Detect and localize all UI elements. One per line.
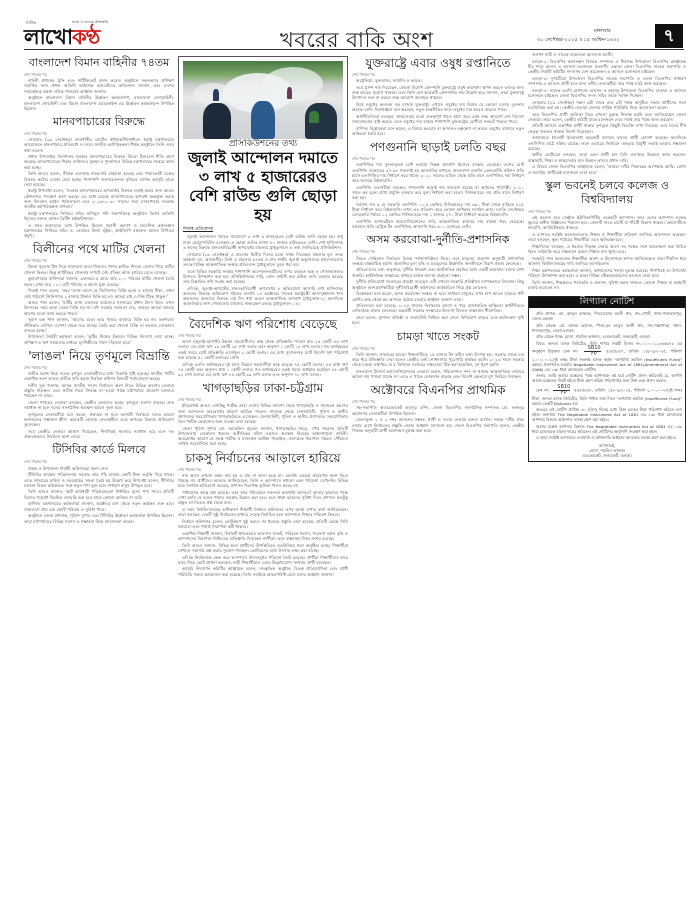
paragraph: দলীয় সূত্র জানায়, আসন্ন জাতীয় সংসদ নি… <box>24 383 174 399</box>
paragraph: সর্বশেষ গত ৫ মে সরকারি এলপিজি ১২.৫ কেজির… <box>352 202 524 218</box>
paragraph: প্রতীক বরাদ্দ নিয়ে দলের তৃণমূল নেতাকর্ম… <box>24 371 174 381</box>
paragraph: এদিকে নির্বাচনকে কেন্দ্র করে ক্যাম্পাসে … <box>178 555 348 565</box>
paragraph: উপজেলা নির্বাহী কর্মকর্তা বলেন, 'কুটির শ… <box>24 334 174 344</box>
paragraph: জেলা পুলিশ সুপার মো. আরেফিন জুয়েল জানান… <box>178 426 348 447</box>
paragraph: প্রতিবেদনের তথ্য অনুসারে, দুর্নীতি নিয়ন… <box>352 267 524 277</box>
paragraph: তবে বিএনপির প্রার্থী তালিকা নিয়ে এখনো চ… <box>528 112 686 122</box>
paragraph: তবে কেন্দ্রীয় নেতারা আশ্বাস দিয়েছেন, শ… <box>24 429 174 439</box>
continued-label: শেষ পাতার পর <box>178 397 348 402</box>
recipient-line: প্রতি প্রাপক: মো. আব্দুল রাজ্জাক, পিতা-ম… <box>532 311 682 321</box>
article-khagrachari: খাগড়াছড়ির ঢাকা-চট্টগ্রাম শেষ পাতার পর … <box>178 381 348 446</box>
continued-label: শেষ পাতার পর <box>528 209 686 214</box>
paragraph: বগুড়া-২: বিএনপির কর্মসংস্থান বিষয়ক সম্… <box>528 59 686 75</box>
paragraph: জিতে গেছিলেন নির্বাচনে বিজয় সংখ্যাগরিষ্… <box>352 256 524 266</box>
paragraph: অতএব এই নোটিশ প্রাপ্তির ৩০ (ত্রিশ) দিনের… <box>532 407 682 422</box>
headline[interactable]: 'লাঙল' নিয়ে তৃণমূলে বিভ্রান্তি <box>24 349 174 363</box>
paragraph: এই কলেজ হবে সেন্ট্রাল ইউনিভার্সিটির একেক… <box>528 215 686 231</box>
continued-label: শেষ পাতার পর <box>352 72 524 77</box>
article-tcb-card: টিসিবির কার্ডে মিলবে শেষ পাতার পর প্রকল্… <box>24 443 174 523</box>
paragraph: বাহিনী প্রধানের ট্রফি এবং সার্টিফিকেট প্… <box>24 78 174 94</box>
paragraph: কর্মসূচি উদযাপন কমিটির আহ্বায়ক বলেন, সা… <box>178 566 348 576</box>
kicker: প্রসিকিউশনের তথ্য <box>183 142 343 147</box>
paragraph: প্রতিবেদনে বলা হয়েছে, ২০২৪ সালের নির্বা… <box>352 303 524 313</box>
article-public-hearing: পণগুনানি ছাড়াই চলতি বছর শেষ পাতার পর এল… <box>352 140 524 229</box>
continued-label: শেষ পাতার পর <box>24 365 174 370</box>
paragraph: এলপিজি অপারেটরস অ্যাসোসিয়েশনের দাবি, আন… <box>352 219 524 229</box>
paragraph: তিনি আরও বলেন, সীমান্ত এলাকায় নজরদারি ব… <box>24 171 174 187</box>
article-foreign-debt: বৈদেশিক ঋণ পরিশোধ বেড়েছে শেষ পাতার পর আ… <box>178 317 348 377</box>
signature-block: আপনারই, মোসা. শারমিন আক্তার এডভোকেট, জজক… <box>532 443 682 458</box>
headline[interactable]: মানবপাচারের বিরুদ্ধে <box>24 115 174 129</box>
continued-label: শেষ পাতার পর <box>352 399 524 404</box>
paragraph: সোমবার (২৯ সেপ্টেম্বর) সন্ধ্যা ৬টা থেকে … <box>528 100 686 110</box>
paragraph: নিতাই পাল বলেন, 'বছর দশেক আগে যে জিনিসপত… <box>24 288 174 298</box>
column-4: জনগণ নারী ও সাবেক ছাত্রনেতা আসলাম আলী। ব… <box>528 52 686 902</box>
paragraph: বগুড়া-৩: দুপচাঁচিয়া উপজেলা বিএনপির সাব… <box>528 76 686 86</box>
paragraph: সোমবার (২৯ সেপ্টেম্বর) এ মামলায় দ্বিতীয… <box>183 252 343 268</box>
headline[interactable]: অসম করবোঝা-দুর্নীতি-প্রশাসনিক <box>352 233 524 247</box>
logo-part2: কণ্ঠ <box>72 24 99 49</box>
paragraph: এ ছাড়া সংশ্লিষ্ট আদালতে দেওয়ানি ও ফৌজদ… <box>532 435 682 440</box>
paragraph: সাধারণের কাছে প্রশ্ন রয়েছে। তবে আর পরিব… <box>178 490 348 506</box>
paragraph: বাণিজ্য বিশ্লেষকরা মনে করেন, এ বিষয়ে কং… <box>352 126 524 136</box>
legal-notice: লিগ্যাল নোটিশ প্রতি প্রাপক: মো. আব্দুল র… <box>528 296 686 462</box>
cheque-code-fraction: SB10FP <box>584 346 601 357</box>
paragraph: এ সময় অন্যান্যের মধ্যে উপস্থিত ছিলেন প্… <box>24 223 174 239</box>
continued-label: শেষ পাতার পর <box>24 131 174 136</box>
publication-date: ৩০ সেপ্টেম্বর-২০২৫ ॥ ১৫ আশ্বিন-১৪৩২ <box>537 37 619 45</box>
paragraph: নাম আসে এখনো অল্প। নাম হয় এ যায় না ভাঙ… <box>178 473 348 489</box>
paragraph: স্থানীয় ভোটাররা বলছেন, তারা এমন প্রার্থ… <box>528 152 686 162</box>
newspaper-logo[interactable]: লাখোকণ্ঠ <box>24 26 99 48</box>
byline: নিজস্ব প্রতিবেদক <box>183 227 343 232</box>
masthead: দৈনিক সত্যে ও ন্যায়ের প্রতিশ্রুতি লাখোক… <box>0 0 700 52</box>
paragraph: অনুষ্ঠানে বাংলাদেশ বিমান বাহিনীর উর্ধ্বত… <box>24 95 174 111</box>
paragraph: এলপিজি ব্যবসায়ীরা বলছেন, গণশুনানি ছাড়া… <box>352 185 524 201</box>
headline[interactable]: বাংলাদেশ বিমান বাহিনীর ৭৪তম <box>24 56 174 70</box>
paragraph: তৃণমূলের নেতাকর্মীরা মনে করেন, ঐক্যবদ্ধ … <box>24 412 174 428</box>
continued-label: শেষ পাতার পর <box>24 72 174 77</box>
paragraph: স্বরাষ্ট্র উপদেষ্টা বলেন, 'সরকার মানবপাচ… <box>24 188 174 209</box>
logo-part1: লাখো <box>24 24 72 49</box>
continued-label: শেষ পাতার পর <box>352 249 524 254</box>
paragraph: আগে (জুলাই-আগস্ট) উন্নয়ন সহযোগীদের কাছ … <box>178 339 348 360</box>
news-photo[interactable] <box>183 61 343 139</box>
paragraph: কুমারপাড়ার বাসিন্দারা জানান, একসময় এ গ… <box>24 276 174 286</box>
paragraph: এ সময় বিশ্ববিদ্যালয়ের অধিকাংশ শিক্ষার্… <box>178 507 348 517</box>
paragraph: অনুষ্ঠানে জেলা প্রশাসক, পুলিশ সুপার এবং … <box>24 513 174 523</box>
paragraph: তিনি জানান, শিক্ষকদের পদোন্নতি ও অন্যান্… <box>528 280 686 290</box>
paragraph: শিক্ষাবিদরা বলছেন, এ ধরনের সিদ্ধান্ত নেয… <box>528 244 686 254</box>
paragraph: টিসিবির কার্যক্রম পরিচালনায় সরকার প্রায… <box>24 472 174 488</box>
paragraph: বিশ্লেষকরা মনে করেন, অসম করব্যবস্থা সংস্… <box>352 291 524 301</box>
continued-label: শেষ পাতার পর <box>352 156 524 161</box>
paragraph: এলপিজির দাম তুলনামূলক বেশি হওয়ায় বিকল্… <box>352 162 524 183</box>
paragraph: বাণিজ্য মন্ত্রণালয়ের কর্মকর্তারা জানান,… <box>24 501 174 511</box>
column-3: যুক্তরাষ্ট্রে এবার ওষুধ রপ্তানিতে শেষ পা… <box>352 52 524 902</box>
recipient-line: প্রতি প্রেরক পক্ষে: মোসা. শারমিন আক্তার,… <box>532 334 682 339</box>
paragraph: প্রধান উপদেষ্টার নির্দেশনায় সরকার মানবপ… <box>24 154 174 170</box>
paragraph: চেক নং- SB10FP ৫৯৫৫৯৪৮, তারিখ- ১৫/০৯/২০২… <box>532 385 682 406</box>
column-2: প্রসিকিউশনের তথ্য জুলাই আন্দোলন দমাতে ৩ … <box>178 52 348 902</box>
paragraph: বগুড়া-৪: সাবেক এমপি মোশারফ হোসেন ও কাহা… <box>528 88 686 98</box>
paragraph: অস্ট্রেলিয়া, যুক্তরাজ্য, জার্মানি ও ভার… <box>352 78 524 83</box>
article-air-force: বাংলাদেশ বিমান বাহিনীর ৭৪তম শেষ পাতার পর… <box>24 56 174 111</box>
headline[interactable]: স্কুল ভবনেই চলবে কলেজ ও বিশ্ববিদ্যালয় <box>528 179 686 207</box>
lead-story-box: প্রসিকিউশনের তথ্য জুলাই আন্দোলন দমাতে ৩ … <box>178 56 348 313</box>
headline[interactable]: বৈদেশিক ঋণ পরিশোধ বেড়েছে <box>178 317 348 331</box>
paragraph: তারা বলেন, সুশাসন প্রতিষ্ঠা ও জবাবদিহি ন… <box>352 315 524 325</box>
paragraph: তিনি আরও জানান, বিভিন্ন হলে প্রার্থীদের … <box>178 543 348 553</box>
article-college-university: স্কুল ভবনেই চলবে কলেজ ও বিশ্ববিদ্যালয় শ… <box>528 179 686 290</box>
article-human-trafficking: মানবপাচারের বিরুদ্ধে শেষ পাতার পর সোমবার… <box>24 115 174 238</box>
headline[interactable]: চাকসু নির্বাচনের আড়ালে হারিয়ে <box>178 451 348 465</box>
paragraph: অর্থনীতিবিদরা বলছেন, স্বাস্থ্যসেবার মতো … <box>352 114 524 124</box>
headline[interactable]: চামড়া খাতে সংকট <box>352 330 524 344</box>
paragraph: তিনি জানান, সাভারের চামড়া শিল্পনগরীতে ১… <box>352 352 524 368</box>
article-bnp-primary: অক্টোবরে বিএনপির প্রাথমিক শেষ পাতার পর স… <box>352 383 524 433</box>
header-divider <box>24 49 684 50</box>
legal-notice-heading: লিগ্যাল নোটিশ <box>529 297 685 308</box>
article-clay-toys: বিলীনের পথে মাটির খেলনা শেষ পাতার পর কিং… <box>24 242 174 345</box>
paragraph: সরকারি সাত কলেজের শিক্ষার্থীরা অবশ্য এ উ… <box>528 256 686 266</box>
paragraph: কিংবা সুতোয় টান দিয়ে সাজানো মতো শিশুদে… <box>24 264 174 274</box>
article-tax-corruption: অসম করবোঝা-দুর্নীতি-প্রশাসনিক শেষ পাতার … <box>352 233 524 325</box>
article-leather-crisis: চামড়া খাতে সংকট শেষ পাতার পর তিনি জানান… <box>352 330 524 380</box>
subject-line: বিষয়: জনতা ব্যাংক লিমিটেড, হিলি শাখার স… <box>532 341 682 372</box>
headline[interactable]: খাগড়াছড়ির ঢাকা-চট্টগ্রাম <box>178 381 348 395</box>
paragraph: জেলাভুক্ত ১ ও ২ নম্বর আসনের সম্ভাব্য প্র… <box>352 417 524 433</box>
paragraph: সহ-সভাপতি অ্যাডভোকেট আবদুর রশিদ, জেলা বি… <box>352 405 524 415</box>
headline[interactable]: পণগুনানি ছাড়াই চলতি বছর <box>352 140 524 154</box>
paragraph: আমার মক্কেল আপনার বিরুদ্ধে The Negotiabl… <box>532 424 682 434</box>
headline[interactable]: বিলীনের পথে মাটির খেলনা <box>24 242 174 256</box>
paragraph: দুর্নীতি প্রতিরোধে সরকারের প্রচেষ্টা সত্… <box>352 279 524 289</box>
paragraph: এ ব্যাপারে সংশ্লিষ্ট কলেজগুলোর শিক্ষক ও … <box>528 232 686 242</box>
paragraph: বিশ্বে ওষুধের অন্যতম বড় বাজার যুক্তরাষ্… <box>352 102 524 112</box>
paragraph: জনগণ নারী ও সাবেক ছাত্রনেতা আসলাম আলী। <box>528 52 686 57</box>
paragraph: জামায়াতে ইসলামী ইতোমধ্যে কয়েকটি আসনে ত… <box>528 135 686 151</box>
article-plough-confusion: 'লাঙল' নিয়ে তৃণমূলে বিভ্রান্তি শেষ পাতা… <box>24 349 174 440</box>
cheque-code-fraction: SB10FP <box>553 385 570 396</box>
paragraph: তবে ট্রাম্প শর্ত দিয়েছেন, কোনো বিদেশি ক… <box>352 85 524 101</box>
paragraph: সোমবার (২৯ সেপ্টেম্বর) রাজধানীর হোটেল ইন… <box>24 137 174 153</box>
paragraph: এতে বিভিন্ন সরকারি সংস্থার পাশাপাশি আন্দ… <box>183 269 343 285</box>
paragraph: বাংলাদেশ ট্যানার্স অ্যাসোসিয়েশনের নেতার… <box>352 369 524 379</box>
paragraph: প্রতিটি আসনে একাধিক প্রার্থী থাকায় তৃণম… <box>528 123 686 133</box>
day-of-week: মঙ্গলবার <box>594 28 611 36</box>
continued-label: শেষ পাতার পর <box>24 459 174 464</box>
paragraph: শিক্ষা মন্ত্রণালয়ের কর্মকর্তারা জানান, … <box>528 268 686 278</box>
paragraph: নির্বাচন কমিশনার বলেন, ভোটগ্রহণ সুষ্ঠু ক… <box>178 519 348 529</box>
lead-headline[interactable]: জুলাই আন্দোলন দমাতে ৩ লাখ ৫ হাজারেরও বেশ… <box>183 149 343 225</box>
paragraph: ইতিমধ্যেই আরও বেশকিছু পর্যটক তারা দেশের … <box>178 403 348 424</box>
legal-notice-body: প্রতি প্রাপক: মো. আব্দুল রাজ্জাক, পিতা-ম… <box>529 308 685 461</box>
column-1: বাংলাদেশ বিমান বাহিনীর ৭৪তম শেষ পাতার পর… <box>24 52 174 902</box>
article-chaksu-election: চাকসু নির্বাচনের আড়ালে হারিয়ে শেষ পাতা… <box>178 451 348 577</box>
paragraph: স্বরাষ্ট্র মন্ত্রণালয়ের সিনিয়র সচিব না… <box>24 211 174 221</box>
continued-label: শেষ পাতার পর <box>24 258 174 263</box>
page-number: ৭ <box>655 24 683 48</box>
headline[interactable]: অক্টোবরে বিএনপির প্রাথমিক <box>352 383 524 397</box>
paragraph: এদিকে, জুলাই-আগস্টের মানবতাবিরোধী অপরাধে… <box>183 286 343 307</box>
paragraph: জনাব, আমি আমার মক্কেলের পক্ষে আপনাকে এই … <box>532 373 682 383</box>
paragraph: জেলা পর্যায়ের নেতারা বলছেন, কেন্দ্রীয় … <box>24 400 174 410</box>
continued-label: শেষ পাতার পর <box>178 333 348 338</box>
sign-title: এডভোকেট, জজকোর্ট, বগুড়া। <box>532 453 682 458</box>
paragraph: এ বিষয়ে জেলা বিএনপির আহ্বায়ক বলেন, 'আম… <box>528 164 686 174</box>
article-us-medicine: যুক্তরাষ্ট্রে এবার ওষুধ রপ্তানিতে শেষ পা… <box>352 56 524 136</box>
paragraph: জুলাই আন্দোলন দমাতে সারাদেশে ৩ লাখ ৫ হাজ… <box>183 234 343 250</box>
paragraph: প্রকল্প ও উপজেলা নির্বাহী অফিসাররা অংশ ন… <box>24 466 174 471</box>
paragraph: অজয় পাল বলেন, 'মাটির কাজ একসময় আমাদের … <box>24 300 174 316</box>
paragraph: তিনি আরও জানান, স্মার্ট কার্ডধারী পরিবার… <box>24 489 174 499</box>
paragraph: এদিকে চলতি অর্থবছরের দুই মাসে উন্নয়ন সহ… <box>178 362 348 378</box>
continued-label: শেষ পাতার পর <box>352 346 524 351</box>
paragraph: সুবাস চন্দ্র পাল জানান, 'আগের মতো আর পূজ… <box>24 317 174 333</box>
headline[interactable]: যুক্তরাষ্ট্রে এবার ওষুধ রপ্তানিতে <box>352 56 524 70</box>
article-bogura-candidates: জনগণ নারী ও সাবেক ছাত্রনেতা আসলাম আলী। ব… <box>528 52 686 175</box>
continued-label: শেষ পাতার পর <box>178 467 348 472</box>
recipient-line: প্রতি প্রেরক: মো. আলম হোসেন, পিতা-মৃত আব… <box>532 323 682 333</box>
headline[interactable]: টিসিবির কার্ডে মিলবে <box>24 443 174 457</box>
paragraph: একাধিক শিক্ষার্থী জানান, নির্বাচনী ইশতেহ… <box>178 531 348 541</box>
